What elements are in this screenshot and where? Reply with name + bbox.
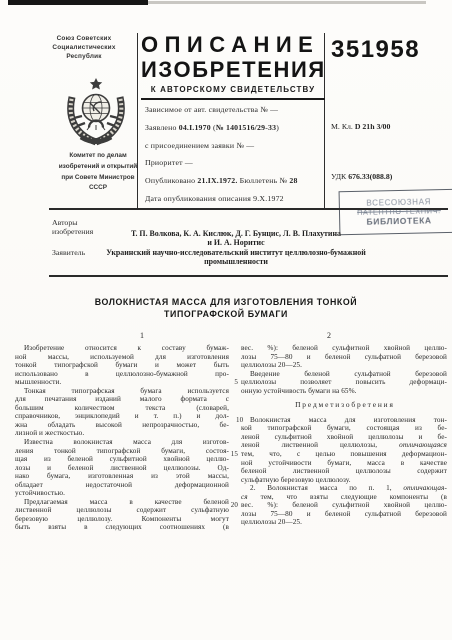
body-text-line: леной лиственной целлюлозы, отличающаяся xyxy=(241,441,447,450)
doc-title-line2: ИЗОБРЕТЕНИЯ xyxy=(141,58,325,82)
body-text-line: жна обладать высокой непрозрачностью, бе… xyxy=(15,421,229,430)
applicant-line2: промышленности xyxy=(96,257,376,266)
body-text-line: Известна волокнистая масса для изготов- xyxy=(15,438,229,447)
body-text-line: вес. %): беленой сульфитной хвойной целл… xyxy=(241,501,447,510)
body-text-line: лиственной целлюлозы содержит сульфатную xyxy=(15,506,229,515)
column-number-2: 2 xyxy=(327,331,331,340)
udc-label: УДК 676.33(088.8) xyxy=(331,172,392,181)
body-text-line: тем, что, с целью повышения деформацион-… xyxy=(241,450,447,459)
body-text-line: Волокнистая масса для изготовления тон-1… xyxy=(241,416,447,425)
body-text-line: щая из беленой сульфитной хвойной целлю- xyxy=(15,455,229,464)
classification-label: М. Кл. D 21h 3/00 xyxy=(331,122,390,131)
bibliographic-block: Зависимое от авт. свидетельства № —Заявл… xyxy=(145,105,321,212)
committee-line: Комитет по делам xyxy=(50,151,146,162)
biblio-line: Заявлено 04.I.1970 (№ 1401516/29-33) xyxy=(145,123,321,132)
body-text-line: большим количеством текста (словарей, xyxy=(15,404,229,413)
body-text-line: ления тонкой типографской бумаги, состоя… xyxy=(15,447,229,456)
line-number: 5 xyxy=(227,378,238,387)
scan-artifact-bar-light xyxy=(148,1,426,4)
line-number: 20 xyxy=(227,501,238,510)
body-text-line: ной устойчивости бумаги, масса в качеств… xyxy=(241,459,447,468)
country-line: Республик xyxy=(28,52,140,61)
divider-horizontal-bottom xyxy=(49,275,448,277)
body-text-line: Предлагаемая масса в качестве беленой xyxy=(15,498,229,507)
column-number-1: 1 xyxy=(140,331,144,340)
body-text-line: онную устойчивость бумаги на 65%. xyxy=(241,387,447,396)
patent-document-page: Союз СоветскихСоциалистическихРеспублик … xyxy=(0,0,452,640)
body-text-line: вес. %): беленой сульфитной хвойной целл… xyxy=(241,344,447,353)
applicant-name: Украинский научно-исследовательский инст… xyxy=(96,248,376,267)
biblio-line: Дата опубликования описания 9.X.1972 xyxy=(145,194,321,203)
body-text-line: Изобретение относится к составу бумаж- xyxy=(15,344,229,353)
country-line: Социалистических xyxy=(28,43,140,52)
divider-horizontal-top xyxy=(49,208,448,210)
body-text-line: ся тем, что взяты следующие компоненты (… xyxy=(241,493,447,502)
country-line: Союз Советских xyxy=(28,34,140,43)
biblio-line: с присоединением заявки № — xyxy=(145,141,321,150)
committee-line: изобретений и открытий xyxy=(50,162,146,173)
subtitle-underline xyxy=(141,98,325,100)
body-text-line: мышленности. xyxy=(15,378,229,387)
invention-title: ВОЛОКНИСТАЯ МАССА ДЛЯ ИЗГОТОВЛЕНИЯ ТОНКО… xyxy=(0,297,452,320)
body-text-line: лозы 75—80 и беленой сульфатной березово… xyxy=(241,353,447,362)
body-text-line: обладает недостаточной деформационной xyxy=(15,481,229,490)
doc-subtitle: К АВТОРСКОМУ СВИДЕТЕЛЬСТВУ xyxy=(141,85,325,94)
body-text-line: кой типографской бумаги, состоящая из бе… xyxy=(241,424,447,433)
body-text-line: леной сульфитной хвойной целлюлозы и бе- xyxy=(241,433,447,442)
line-number: 15 xyxy=(227,450,238,459)
applicant-line1: Украинский научно-исследовательский инст… xyxy=(96,248,376,257)
body-text-line: быть взяты в следующих соотношениях (в xyxy=(15,523,229,532)
body-text-line: для печатания изданий малого формата с xyxy=(15,395,229,404)
authors-names: Т. П. Волкова, К. А. Кислюк, Д. Г. Бунци… xyxy=(96,229,376,248)
stamp-line: БИБЛИОТЕКА xyxy=(367,215,432,226)
authors-names-line1: Т. П. Волкова, К. А. Кислюк, Д. Г. Бунци… xyxy=(96,229,376,238)
claims-heading: П р е д м е т и з о б р е т е н и я xyxy=(241,401,447,410)
body-text-line: лозы 75—80 и беленой сульфатной березово… xyxy=(241,510,447,519)
body-text-line: Введение беленой сульфатной березовой xyxy=(241,370,447,379)
line-number: 10 xyxy=(227,416,238,425)
body-text-line: тонкой типографской бумаги и может быть xyxy=(15,361,229,370)
body-text-line: устойчивостью. xyxy=(15,489,229,498)
body-text-line: лозы и беленой лиственной целлюлозы. Од- xyxy=(15,464,229,473)
patent-number: 351958 xyxy=(331,36,420,64)
doc-title-line1: ОПИСАНИЕ xyxy=(141,33,325,57)
body-text-line: ной массы, используемой для изготовления xyxy=(15,353,229,362)
body-text-line: использовано в целлюлозно-бумажной про- xyxy=(15,370,229,379)
body-column-right: вес. %): беленой сульфитной хвойной целл… xyxy=(241,344,447,527)
authors-label: Авторы изобретения xyxy=(52,218,93,237)
body-text-line: нако бумага, изготовленная из этой массы… xyxy=(15,472,229,481)
applicant-label: Заявитель xyxy=(52,248,85,257)
body-text-line: лизной и жесткостью. xyxy=(15,429,229,438)
body-text-line: 2. Волокнистая масса по п. 1, отличающая… xyxy=(241,484,447,493)
body-text-line: беленой лиственной целлюлозы содержит xyxy=(241,467,447,476)
body-text-line: целлюлозы позволяет повысить деформаци-5 xyxy=(241,378,447,387)
biblio-line: Приоритет — xyxy=(145,158,321,167)
body-text-line: Тонкая типографская бумага используется xyxy=(15,387,229,396)
body-column-left: Изобретение относится к составу бумаж-но… xyxy=(15,344,229,532)
scan-artifact-bar xyxy=(8,0,148,5)
authors-label-line2: изобретения xyxy=(52,227,93,236)
invention-title-line2: ТИПОГРАФСКОЙ БУМАГИ xyxy=(0,309,452,321)
biblio-line: Зависимое от авт. свидетельства № — xyxy=(145,105,321,114)
invention-title-line1: ВОЛОКНИСТАЯ МАССА ДЛЯ ИЗГОТОВЛЕНИЯ ТОНКО… xyxy=(0,297,452,309)
body-text-line: сульфатную березовую целлюлозу. xyxy=(241,476,447,485)
committee-line: СССР xyxy=(50,183,146,194)
body-text-line: березовую целлюлозу. Компоненты могут xyxy=(15,515,229,524)
authors-label-line1: Авторы xyxy=(52,218,93,227)
ussr-coat-of-arms-icon xyxy=(59,76,133,150)
body-text-line: целлюлозы 20—25. xyxy=(241,361,447,370)
country-label: Союз СоветскихСоциалистическихРеспублик xyxy=(28,34,140,62)
biblio-line: Опубликовано 21.IX.1972. Бюллетень № 28 xyxy=(145,176,321,185)
committee-line: при Совете Министров xyxy=(50,173,146,184)
body-text-line: целлюлозы 20—25. xyxy=(241,518,447,527)
authors-names-line2: и И. А. Норитис xyxy=(96,238,376,247)
committee-label: Комитет по деламизобретений и открытийпр… xyxy=(50,151,146,194)
body-text-line: справочников, энциклопедий и т. п.) и до… xyxy=(15,412,229,421)
